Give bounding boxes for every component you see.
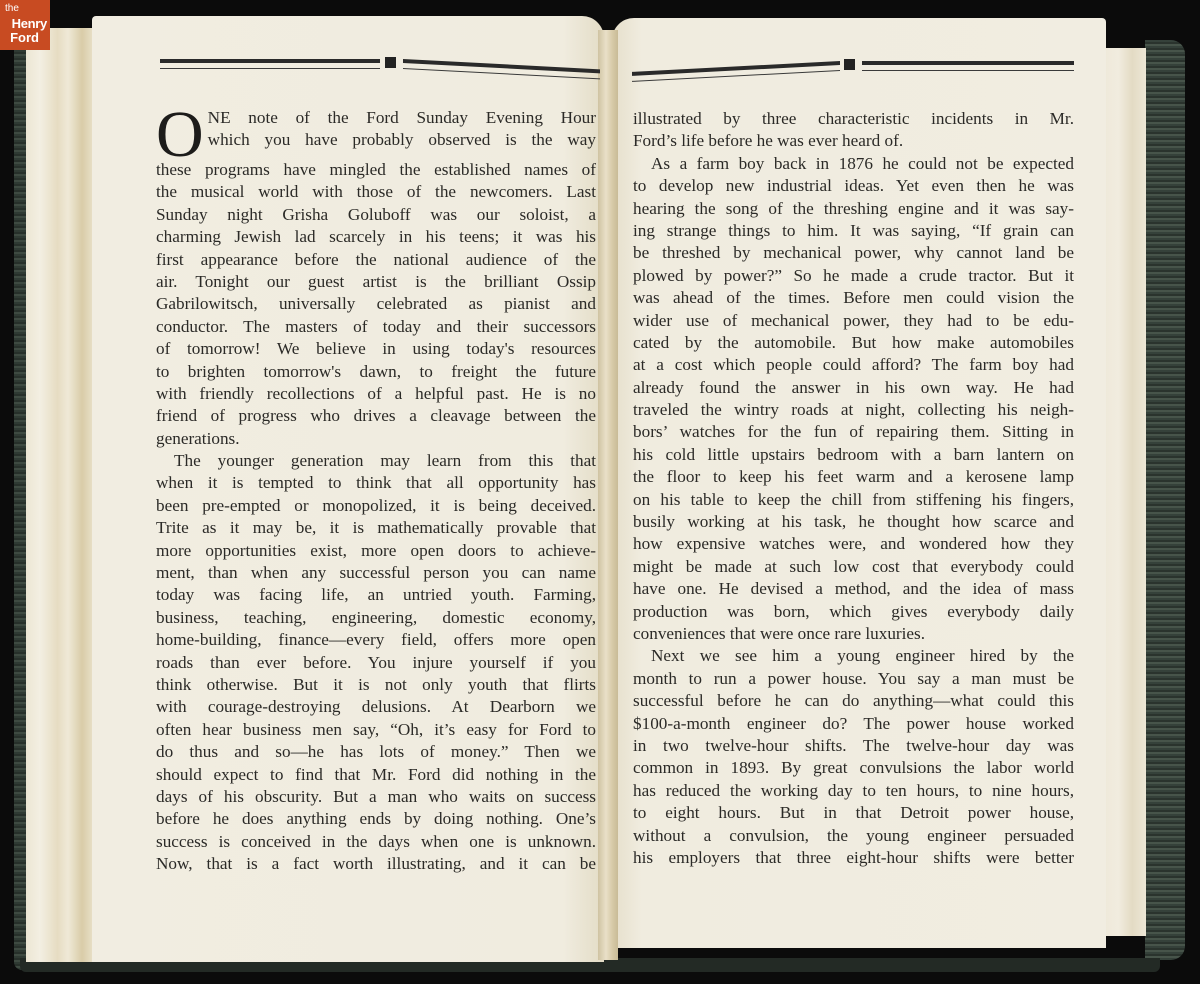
text-line: bors’ watches for the fun of repairing t… xyxy=(633,421,1074,443)
text-line: The younger generation may learn from th… xyxy=(156,450,596,472)
book-photo: O NE note of the Ford Sunday Evening Hou… xyxy=(0,0,1200,984)
logo-text-henry: Henry xyxy=(12,17,47,30)
logo-text-ford: Ford xyxy=(10,31,39,44)
text-line: air. Tonight our guest artist is the bri… xyxy=(156,271,596,293)
text-line: cated by the automobile. But how make au… xyxy=(633,332,1074,354)
text-line: ment, than when any successful person yo… xyxy=(156,562,596,584)
text-line: without a convulsion, the young engineer… xyxy=(633,825,1074,847)
text-line: these programs have mingled the establis… xyxy=(156,159,596,181)
text-line: be threshed by mechanical power, why can… xyxy=(633,242,1074,264)
text-line: Ford’s life before he was ever heard of. xyxy=(633,130,1074,152)
book-gutter xyxy=(598,30,618,960)
text-line: was ahead of the times. Before men could… xyxy=(633,287,1074,309)
text-line: often hear business men say, “Oh, it’s e… xyxy=(156,719,596,741)
text-line: hearing the song of the threshing engine… xyxy=(633,198,1074,220)
ornament-square-icon xyxy=(844,59,855,70)
text-line: have one. He devised a method, and the i… xyxy=(633,578,1074,600)
text-line: Trite as it may be, it is mathematically… xyxy=(156,517,596,539)
ornamental-rule-left xyxy=(160,59,600,79)
text-line: Now, that is a fact worth illustrating, … xyxy=(156,853,596,875)
text-line: more opportunities exist, more open door… xyxy=(156,540,596,562)
opening-paragraph-start: O NE note of the Ford Sunday Evening Hou… xyxy=(156,107,596,159)
text-line: home-building, finance—every field, offe… xyxy=(156,629,596,651)
text-line: the floor to keep his feet warm and a ke… xyxy=(633,466,1074,488)
text-line: success is conceived in the days when on… xyxy=(156,831,596,853)
text-line: roads than ever before. You injure yours… xyxy=(156,652,596,674)
drop-cap: O xyxy=(156,109,204,159)
text-line: plowed by power?” So he made a crude tra… xyxy=(633,265,1074,287)
text-line: to develop new industrial ideas. Yet eve… xyxy=(633,175,1074,197)
ornamental-rule-right xyxy=(632,61,1074,81)
text-line: NE note of the Ford Sunday Evening Hour xyxy=(156,107,596,129)
ornament-square-icon xyxy=(385,57,396,68)
logo-text-the: the xyxy=(5,4,19,14)
text-line: should expect to find that Mr. Ford did … xyxy=(156,764,596,786)
book-cover-right xyxy=(1145,40,1185,960)
text-line: at a cost which people could afford? The… xyxy=(633,354,1074,376)
text-line: illustrated by three characteristic inci… xyxy=(633,108,1074,130)
text-line: how expensive watches were, and wondered… xyxy=(633,533,1074,555)
page-edges-left xyxy=(26,28,96,962)
text-line: wider use of mechanical power, they had … xyxy=(633,310,1074,332)
text-line: $100-a-month engineer do? The power hous… xyxy=(633,713,1074,735)
text-line: the musical world with those of the newc… xyxy=(156,181,596,203)
text-line: do thus and so—he has lots of money.” Th… xyxy=(156,741,596,763)
left-page-text: O NE note of the Ford Sunday Evening Hou… xyxy=(156,107,596,876)
text-line: of tomorrow! We believe in using today's… xyxy=(156,338,596,360)
text-line: traveled the wintry roads at night, coll… xyxy=(633,399,1074,421)
text-line: today was facing life, an untried youth.… xyxy=(156,584,596,606)
text-line: to eight hours. But in that Detroit powe… xyxy=(633,802,1074,824)
text-line: before he does anything ends by doing no… xyxy=(156,808,596,830)
text-line: his employers that three eight-hour shif… xyxy=(633,847,1074,869)
text-line: with courage-destroying delusions. At De… xyxy=(156,696,596,718)
text-line: with friendly recollections of a helpful… xyxy=(156,383,596,405)
text-line: think otherwise. But it is not only yout… xyxy=(156,674,596,696)
text-line: to brighten tomorrow's dawn, to freight … xyxy=(156,361,596,383)
henry-ford-logo: the Henry Ford xyxy=(0,0,50,50)
text-line: generations. xyxy=(156,428,596,450)
text-line: production was born, which gives everybo… xyxy=(633,601,1074,623)
text-line: which you have probably observed is the … xyxy=(156,129,596,151)
text-line: already found the answer in his own way.… xyxy=(633,377,1074,399)
text-line: friend of progress who drives a cleavage… xyxy=(156,405,596,427)
text-line: successful before he can do anything—wha… xyxy=(633,690,1074,712)
text-line: conductor. The masters of today and thei… xyxy=(156,316,596,338)
text-line: been pre-empted or monopolized, it is be… xyxy=(156,495,596,517)
text-line: conveniences that were once rare luxurie… xyxy=(633,623,1074,645)
text-line: first appearance before the national aud… xyxy=(156,249,596,271)
page-edges-right xyxy=(1100,48,1146,936)
text-line: busily working at his task, he thought h… xyxy=(633,511,1074,533)
text-line: As a farm boy back in 1876 he could not … xyxy=(633,153,1074,175)
text-line: ing strange things to him. It was saying… xyxy=(633,220,1074,242)
text-line: Sunday night Grisha Goluboff was our sol… xyxy=(156,204,596,226)
text-line: charming Jewish lad scarcely in his teen… xyxy=(156,226,596,248)
text-line: common in 1893. By great convulsions the… xyxy=(633,757,1074,779)
text-line: Next we see him a young engineer hired b… xyxy=(633,645,1074,667)
right-page-text: illustrated by three characteristic inci… xyxy=(633,108,1074,869)
text-line: days of his obscurity. But a man who wai… xyxy=(156,786,596,808)
text-line: his cold little upstairs bedroom with a … xyxy=(633,444,1074,466)
text-line: when it is tempted to think that all opp… xyxy=(156,472,596,494)
text-line: has reduced the working day to ten hours… xyxy=(633,780,1074,802)
text-line: on his table to keep the chill from stif… xyxy=(633,489,1074,511)
text-line: business, teaching, engineering, domesti… xyxy=(156,607,596,629)
text-line: might be made at such low cost that ever… xyxy=(633,556,1074,578)
text-line: month to run a power house. You say a ma… xyxy=(633,668,1074,690)
text-line: in two twelve-hour shifts. The twelve-ho… xyxy=(633,735,1074,757)
text-line: Gabrilowitsch, universally celebrated as… xyxy=(156,293,596,315)
